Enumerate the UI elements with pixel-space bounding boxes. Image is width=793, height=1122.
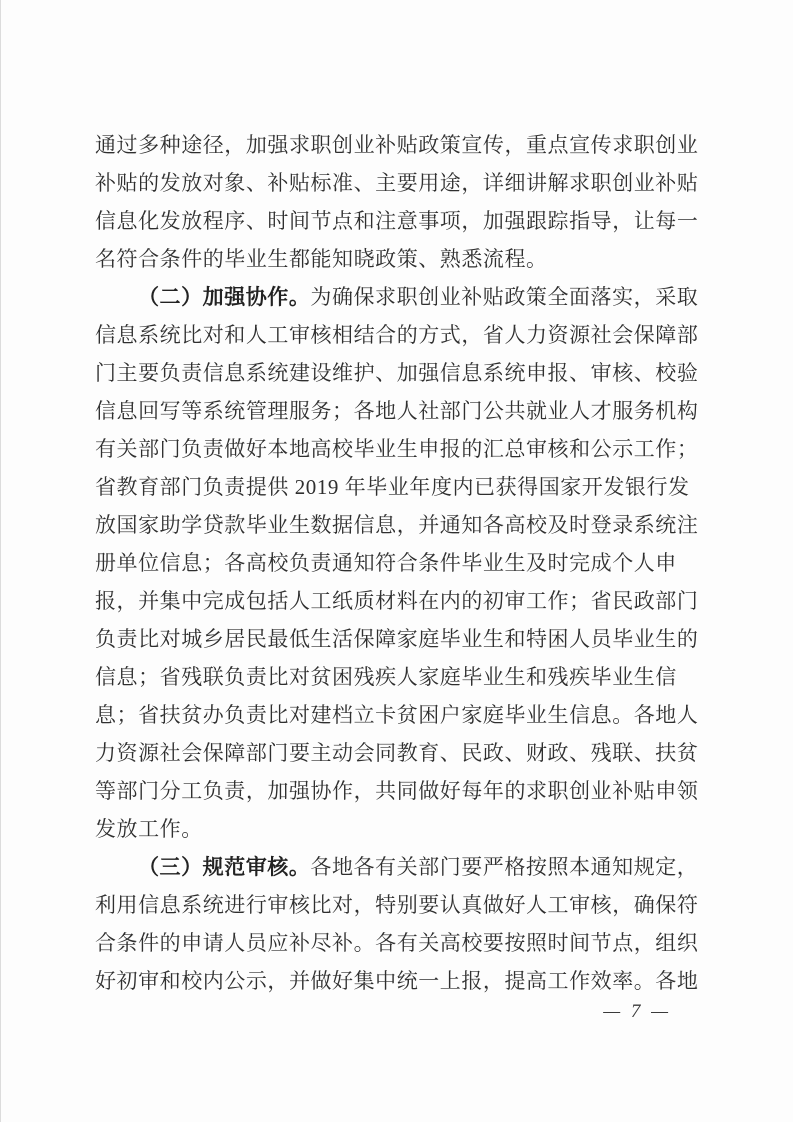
text-line: 门主要负责信息系统建设维护、加强信息系统申报、审核、校验	[95, 354, 707, 392]
text-line: 信息回写等系统管理服务；各地人社部门公共就业人才服务机构	[95, 392, 707, 430]
text-line: （二）加强协作。为确保求职创业补贴政策全面落实，采取	[95, 278, 707, 316]
text-line: 补贴的发放对象、补贴标准、主要用途，详细讲解求职创业补贴	[95, 164, 707, 202]
text-line: 等部门分工负责，加强协作，共同做好每年的求职创业补贴申领	[95, 772, 707, 810]
text-line: 名符合条件的毕业生都能知晓政策、熟悉流程。	[95, 240, 707, 278]
document-page: 通过多种途径，加强求职创业补贴政策宣传，重点宣传求职创业补贴的发放对象、补贴标准…	[0, 0, 793, 1122]
page-number: — 7 —	[603, 998, 671, 1026]
text-line: 信息；省残联负责比对贫困残疾人家庭毕业生和残疾毕业生信	[95, 658, 707, 696]
text-line: 发放工作。	[95, 810, 707, 848]
section-heading: （二）加强协作。	[138, 285, 310, 309]
text-line: 通过多种途径，加强求职创业补贴政策宣传，重点宣传求职创业	[95, 126, 707, 164]
text-line: 信息化发放程序、时间节点和注意事项，加强跟踪指导，让每一	[95, 202, 707, 240]
text-line: （三）规范审核。各地各有关部门要严格按照本通知规定，	[95, 848, 707, 886]
text-line: 好初审和校内公示，并做好集中统一上报，提高工作效率。各地	[95, 962, 707, 1000]
text-line: 力资源社会保障部门要主动会同教育、民政、财政、残联、扶贫	[95, 734, 707, 772]
document-body: 通过多种途径，加强求职创业补贴政策宣传，重点宣传求职创业补贴的发放对象、补贴标准…	[95, 126, 707, 1000]
text-line: 册单位信息；各高校负责通知符合条件毕业生及时完成个人申	[95, 544, 707, 582]
text-line: 合条件的申请人员应补尽补。各有关高校要按照时间节点，组织	[95, 924, 707, 962]
text-line: 省教育部门负责提供 2019 年毕业年度内已获得国家开发银行发	[95, 468, 707, 506]
section-heading: （三）规范审核。	[138, 855, 310, 879]
text-line: 报，并集中完成包括人工纸质材料在内的初审工作；省民政部门	[95, 582, 707, 620]
text-line: 信息系统比对和人工审核相结合的方式，省人力资源社会保障部	[95, 316, 707, 354]
text-line: 负责比对城乡居民最低生活保障家庭毕业生和特困人员毕业生的	[95, 620, 707, 658]
text-line: 利用信息系统进行审核比对，特别要认真做好人工审核，确保符	[95, 886, 707, 924]
text-line: 息；省扶贫办负责比对建档立卡贫困户家庭毕业生信息。各地人	[95, 696, 707, 734]
text-line: 放国家助学贷款毕业生数据信息，并通知各高校及时登录系统注	[95, 506, 707, 544]
text-line: 有关部门负责做好本地高校毕业生申报的汇总审核和公示工作；	[95, 430, 707, 468]
